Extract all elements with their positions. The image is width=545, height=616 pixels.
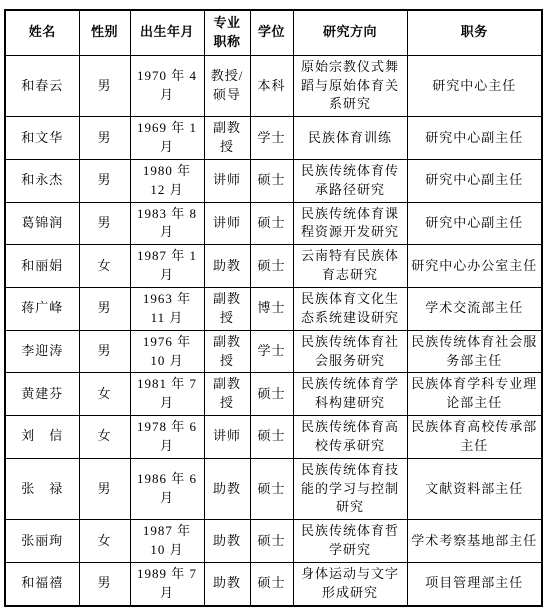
cell-research-direction: 民族体育训练 <box>293 117 407 160</box>
cell-name: 和春云 <box>5 55 79 117</box>
column-header-name: 姓名 <box>5 10 79 55</box>
cell-research-direction: 民族传统体育技能的学习与控制研究 <box>293 458 407 520</box>
cell-position: 研究中心副主任 <box>407 117 542 160</box>
cell-position: 学术交流部主任 <box>407 287 542 330</box>
table-row: 和春云男1970 年 4 月教授/硕导本科原始宗教仪式舞蹈与原始体育关系研究研究… <box>5 55 542 117</box>
cell-degree: 博士 <box>250 287 293 330</box>
cell-position: 学术考察基地部主任 <box>407 520 542 563</box>
table-row: 和文华男1969 年 1 月副教授学士民族体育训练研究中心副主任 <box>5 117 542 160</box>
cell-birth-date: 1981 年 7 月 <box>130 373 204 416</box>
cell-research-direction: 民族传统体育学科构建研究 <box>293 373 407 416</box>
cell-degree: 学士 <box>250 330 293 373</box>
column-header-degree: 学位 <box>250 10 293 55</box>
cell-position: 文献资料部主任 <box>407 458 542 520</box>
table-row: 和永杰男1980 年 12 月讲师硕士民族传统体育传承路径研究研究中心副主任 <box>5 159 542 202</box>
cell-birth-date: 1970 年 4 月 <box>130 55 204 117</box>
cell-name: 张丽珣 <box>5 520 79 563</box>
cell-name: 和丽娟 <box>5 245 79 288</box>
cell-degree: 硕士 <box>250 373 293 416</box>
cell-title: 助教 <box>204 562 250 605</box>
cell-gender: 男 <box>79 202 130 245</box>
table-row: 张丽珣女1987 年 10 月助教硕士民族传统体育哲学研究学术考察基地部主任 <box>5 520 542 563</box>
personnel-document-page: 姓名性别出生年月专业职称学位研究方向职务 和春云男1970 年 4 月教授/硕导… <box>0 0 545 616</box>
cell-birth-date: 1963 年 11 月 <box>130 287 204 330</box>
cell-gender: 女 <box>79 245 130 288</box>
cell-birth-date: 1983 年 8 月 <box>130 202 204 245</box>
cell-gender: 女 <box>79 416 130 459</box>
cell-birth-date: 1978 年 6 月 <box>130 416 204 459</box>
cell-title: 副教授 <box>204 373 250 416</box>
cell-title: 助教 <box>204 245 250 288</box>
cell-degree: 本科 <box>250 55 293 117</box>
table-body: 和春云男1970 年 4 月教授/硕导本科原始宗教仪式舞蹈与原始体育关系研究研究… <box>5 55 542 605</box>
cell-position: 项目管理部主任 <box>407 562 542 605</box>
table-row: 和福禧男1989 年 7 月助教硕士身体运动与文字形成研究项目管理部主任 <box>5 562 542 605</box>
table-row: 葛锦润男1983 年 8 月讲师硕士民族传统体育课程资源开发研究研究中心副主任 <box>5 202 542 245</box>
cell-position: 研究中心主任 <box>407 55 542 117</box>
cell-research-direction: 民族传统体育高校传承研究 <box>293 416 407 459</box>
cell-research-direction: 民族传统体育课程资源开发研究 <box>293 202 407 245</box>
cell-name: 和永杰 <box>5 159 79 202</box>
table-row: 蒋广峰男1963 年 11 月副教授博士民族体育文化生态系统建设研究学术交流部主… <box>5 287 542 330</box>
cell-birth-date: 1986 年 6 月 <box>130 458 204 520</box>
table-row: 和丽娟女1987 年 1 月助教硕士云南特有民族体育志研究研究中心办公室主任 <box>5 245 542 288</box>
cell-research-direction: 民族传统体育传承路径研究 <box>293 159 407 202</box>
cell-name: 刘 信 <box>5 416 79 459</box>
cell-position: 研究中心办公室主任 <box>407 245 542 288</box>
column-header-gender: 性别 <box>79 10 130 55</box>
cell-research-direction: 原始宗教仪式舞蹈与原始体育关系研究 <box>293 55 407 117</box>
cell-position: 民族体育高校传承部主任 <box>407 416 542 459</box>
cell-research-direction: 民族传统体育社会服务研究 <box>293 330 407 373</box>
cell-gender: 男 <box>79 117 130 160</box>
cell-degree: 学士 <box>250 117 293 160</box>
cell-gender: 男 <box>79 562 130 605</box>
cell-name: 和文华 <box>5 117 79 160</box>
cell-degree: 硕士 <box>250 562 293 605</box>
personnel-table: 姓名性别出生年月专业职称学位研究方向职务 和春云男1970 年 4 月教授/硕导… <box>4 9 543 607</box>
cell-title: 讲师 <box>204 416 250 459</box>
cell-research-direction: 云南特有民族体育志研究 <box>293 245 407 288</box>
table-row: 刘 信女1978 年 6 月讲师硕士民族传统体育高校传承研究民族体育高校传承部主… <box>5 416 542 459</box>
table-row: 李迎涛男1976 年 10 月副教授学士民族传统体育社会服务研究民族传统体育社会… <box>5 330 542 373</box>
table-row: 黄建芬女1981 年 7 月副教授硕士民族传统体育学科构建研究民族体育学科专业理… <box>5 373 542 416</box>
cell-degree: 硕士 <box>250 202 293 245</box>
cell-position: 民族传统体育社会服务部主任 <box>407 330 542 373</box>
cell-degree: 硕士 <box>250 245 293 288</box>
cell-birth-date: 1987 年 10 月 <box>130 520 204 563</box>
cell-name: 葛锦润 <box>5 202 79 245</box>
table-header: 姓名性别出生年月专业职称学位研究方向职务 <box>5 10 542 55</box>
cell-birth-date: 1989 年 7 月 <box>130 562 204 605</box>
cell-research-direction: 身体运动与文字形成研究 <box>293 562 407 605</box>
column-header-position: 职务 <box>407 10 542 55</box>
cell-birth-date: 1976 年 10 月 <box>130 330 204 373</box>
column-header-research-direction: 研究方向 <box>293 10 407 55</box>
cell-name: 张 禄 <box>5 458 79 520</box>
cell-degree: 硕士 <box>250 520 293 563</box>
cell-title: 副教授 <box>204 287 250 330</box>
cell-title: 助教 <box>204 520 250 563</box>
cell-degree: 硕士 <box>250 458 293 520</box>
cell-name: 和福禧 <box>5 562 79 605</box>
cell-gender: 男 <box>79 458 130 520</box>
cell-birth-date: 1969 年 1 月 <box>130 117 204 160</box>
cell-name: 蒋广峰 <box>5 287 79 330</box>
cell-research-direction: 民族体育文化生态系统建设研究 <box>293 287 407 330</box>
cell-gender: 男 <box>79 287 130 330</box>
cell-title: 助教 <box>204 458 250 520</box>
cell-position: 研究中心副主任 <box>407 202 542 245</box>
cell-title: 副教授 <box>204 117 250 160</box>
cell-degree: 硕士 <box>250 159 293 202</box>
cell-title: 讲师 <box>204 202 250 245</box>
cell-title: 教授/硕导 <box>204 55 250 117</box>
cell-birth-date: 1987 年 1 月 <box>130 245 204 288</box>
header-row: 姓名性别出生年月专业职称学位研究方向职务 <box>5 10 542 55</box>
cell-position: 研究中心副主任 <box>407 159 542 202</box>
cell-position: 民族体育学科专业理论部主任 <box>407 373 542 416</box>
cell-gender: 男 <box>79 159 130 202</box>
cell-gender: 男 <box>79 330 130 373</box>
column-header-birth-date: 出生年月 <box>130 10 204 55</box>
cell-gender: 女 <box>79 373 130 416</box>
cell-birth-date: 1980 年 12 月 <box>130 159 204 202</box>
cell-title: 副教授 <box>204 330 250 373</box>
cell-title: 讲师 <box>204 159 250 202</box>
cell-name: 黄建芬 <box>5 373 79 416</box>
cell-gender: 女 <box>79 520 130 563</box>
table-row: 张 禄男1986 年 6 月助教硕士民族传统体育技能的学习与控制研究文献资料部主… <box>5 458 542 520</box>
cell-degree: 硕士 <box>250 416 293 459</box>
cell-research-direction: 民族传统体育哲学研究 <box>293 520 407 563</box>
cell-gender: 男 <box>79 55 130 117</box>
column-header-title: 专业职称 <box>204 10 250 55</box>
cell-name: 李迎涛 <box>5 330 79 373</box>
